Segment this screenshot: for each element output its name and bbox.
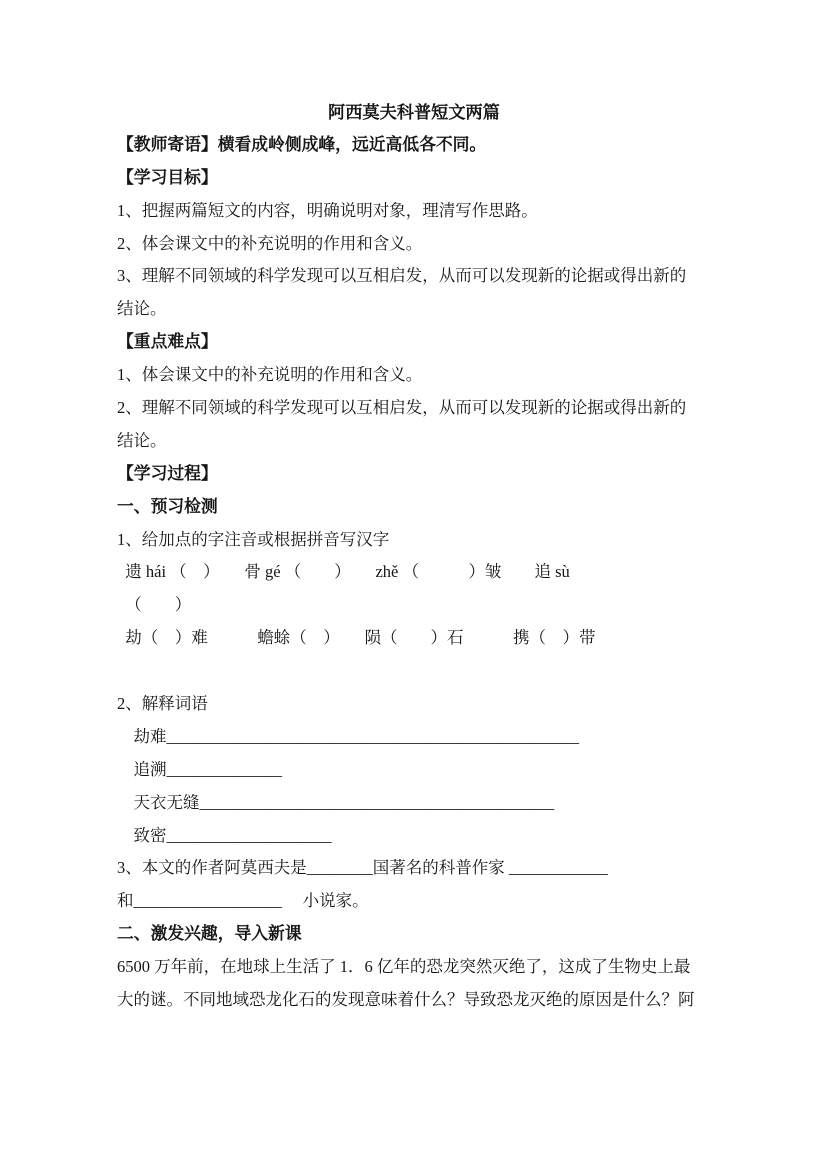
heading-lesson-introduction: 二、激发兴趣，导入新课 xyxy=(117,918,711,951)
definition-blank-zhuisu: 追溯______________ xyxy=(117,754,711,787)
pinyin-exercise-row-1: 遗 hái （ ） 骨 gé （ ） zhě （ ）皱 追 sù xyxy=(117,556,711,589)
goal-item-3: 3、理解不同领域的科学发现可以互相启发，从而可以发现新的论据或得出新的 xyxy=(117,260,711,293)
heading-preview-check: 一、预习检测 xyxy=(117,491,711,524)
heading-key-difficult-points: 【重点难点】 xyxy=(117,326,711,359)
definition-blank-zhimi: 致密____________________ xyxy=(117,820,711,853)
pinyin-exercise-row-1-continuation: （ ） xyxy=(117,589,711,622)
introduction-line-2: 大的谜。不同地域恐龙化石的发现意味着什么？导致恐龙灭绝的原因是什么？阿 xyxy=(117,984,711,1017)
goal-item-3-continuation: 结论。 xyxy=(117,293,711,326)
document-content: 阿西莫夫科普短文两篇 【教师寄语】横看成岭侧成峰，远近高低各不同。 【学习目标】… xyxy=(117,96,711,1017)
doc-title: 阿西莫夫科普短文两篇 xyxy=(117,96,711,129)
introduction-line-1: 6500 万年前，在地球上生活了 1．6 亿年的恐龙突然灭绝了，这成了生物史上最 xyxy=(117,951,711,984)
document-page: 阿西莫夫科普短文两篇 【教师寄语】横看成岭侧成峰，远近高低各不同。 【学习目标】… xyxy=(0,0,827,1169)
heading-learning-process: 【学习过程】 xyxy=(117,458,711,491)
question-3-line-2: 和__________________ 小说家。 xyxy=(117,885,711,918)
question-1-prompt: 1、给加点的字注音或根据拼音写汉字 xyxy=(117,524,711,557)
question-2-prompt: 2、解释词语 xyxy=(117,688,711,721)
goal-item-1: 1、把握两篇短文的内容，明确说明对象，理清写作思路。 xyxy=(117,195,711,228)
definition-blank-jienan: 劫难______________________________________… xyxy=(117,721,711,754)
question-3-line-1: 3、本文的作者阿莫西夫是________国著名的科普作家 ___________… xyxy=(117,852,711,885)
heading-learning-goals: 【学习目标】 xyxy=(117,162,711,195)
teacher-message: 【教师寄语】横看成岭侧成峰，远近高低各不同。 xyxy=(117,129,711,162)
goal-item-2: 2、体会课文中的补充说明的作用和含义。 xyxy=(117,228,711,261)
blank-line xyxy=(117,655,711,688)
keypoint-item-2: 2、理解不同领域的科学发现可以互相启发，从而可以发现新的论据或得出新的 xyxy=(117,392,711,425)
pinyin-exercise-row-2: 劫（ ）难 蟾蜍（ ） 陨（ ）石 携（ ）带 xyxy=(117,622,711,655)
keypoint-item-1: 1、体会课文中的补充说明的作用和含义。 xyxy=(117,359,711,392)
definition-blank-tianyiwufeng: 天衣无缝____________________________________… xyxy=(117,787,711,820)
keypoint-item-2-continuation: 结论。 xyxy=(117,425,711,458)
